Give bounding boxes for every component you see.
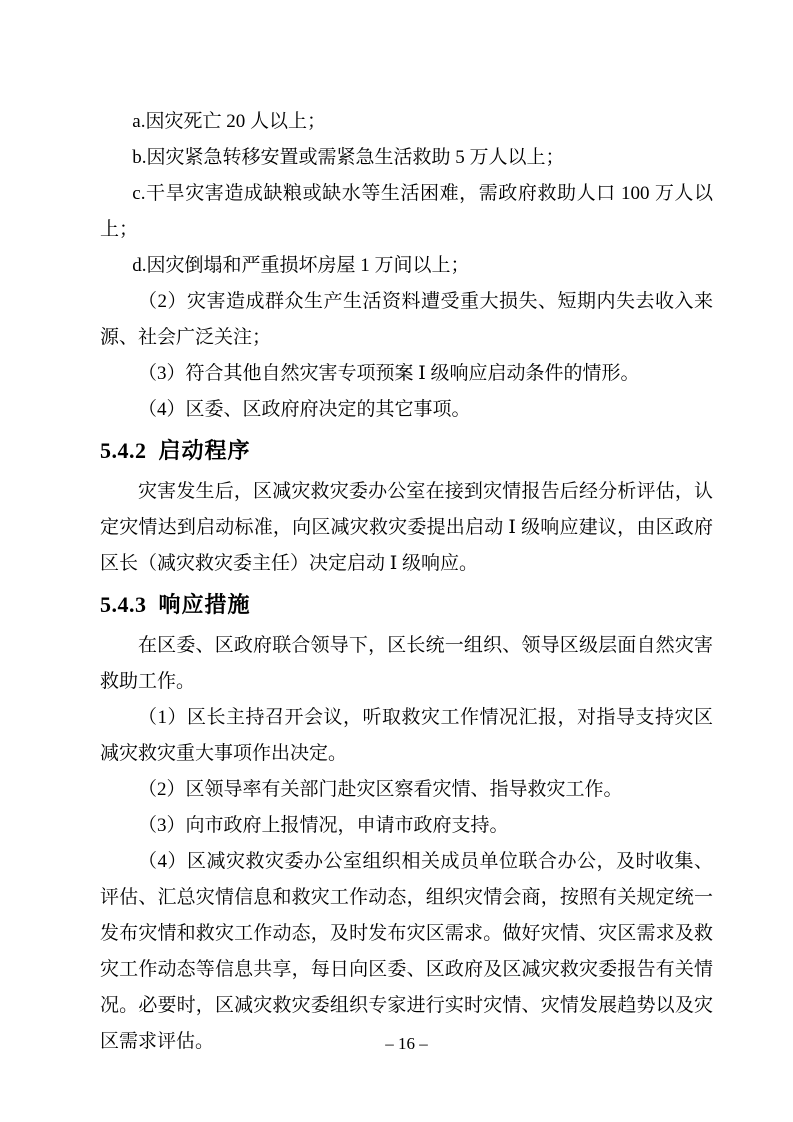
section-heading-542: 5.4.2启动程序 (100, 434, 713, 468)
section-title: 启动程序 (159, 438, 251, 463)
criteria-item-b: b.因灾紧急转移安置或需紧急生活救助 5 万人以上； (100, 140, 713, 176)
section-number: 5.4.3 (100, 592, 147, 617)
measure-item-1: （1）区长主持召开会议，听取救灾工作情况汇报，对指导支持灾区减灾救灾重大事项作出… (100, 700, 713, 772)
measure-item-4: （4）区减灾救灾委办公室组织相关成员单位联合办公，及时收集、评估、汇总灾情信息和… (100, 844, 713, 1060)
measure-item-3: （3）向市政府上报情况，申请市政府支持。 (100, 808, 713, 844)
section-number: 5.4.2 (100, 438, 147, 463)
section-title: 响应措施 (159, 592, 251, 617)
condition-item-4: （4）区委、区政府府决定的其它事项。 (100, 392, 713, 428)
criteria-item-c: c.干旱灾害造成缺粮或缺水等生活困难，需政府救助人口 100 万人以上； (100, 176, 713, 248)
section-heading-543: 5.4.3响应措施 (100, 588, 713, 622)
criteria-item-d: d.因灾倒塌和严重损坏房屋 1 万间以上； (100, 248, 713, 284)
page-number: – 16 – (100, 1032, 713, 1056)
measure-item-2: （2）区领导率有关部门赴灾区察看灾情、指导救灾工作。 (100, 772, 713, 808)
criteria-item-a: a.因灾死亡 20 人以上； (100, 104, 713, 140)
document-page: a.因灾死亡 20 人以上； b.因灾紧急转移安置或需紧急生活救助 5 万人以上… (0, 0, 793, 1122)
paragraph-startup-procedure: 灾害发生后，区减灾救灾委办公室在接到灾情报告后经分析评估，认定灾情达到启动标准，… (100, 474, 713, 582)
document-content: a.因灾死亡 20 人以上； b.因灾紧急转移安置或需紧急生活救助 5 万人以上… (0, 0, 793, 1060)
paragraph-measures-intro: 在区委、区政府联合领导下，区长统一组织、领导区级层面自然灾害救助工作。 (100, 628, 713, 700)
condition-item-2: （2）灾害造成群众生产生活资料遭受重大损失、短期内失去收入来源、社会广泛关注； (100, 284, 713, 356)
condition-item-3: （3）符合其他自然灾害专项预案 Ⅰ 级响应启动条件的情形。 (100, 356, 713, 392)
